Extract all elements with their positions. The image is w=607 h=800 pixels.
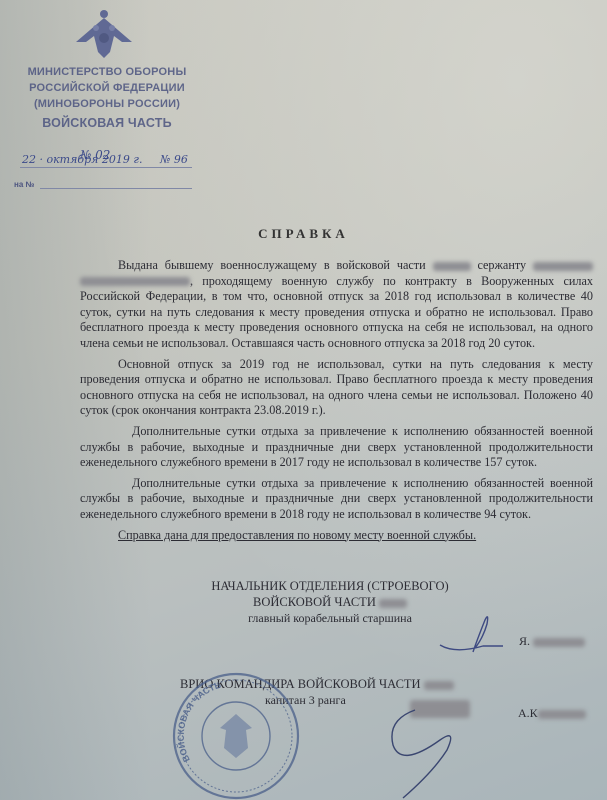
- paragraph-1-rank: сержанту: [477, 258, 526, 272]
- acting-commander-name: А.К: [518, 706, 586, 721]
- ministry-line-1: МИНИСТЕРСТВО ОБОРОНЫ: [22, 64, 192, 80]
- redacted-surname: [533, 638, 585, 647]
- redacted-unit-number: [424, 681, 454, 690]
- registration-number: № 96: [160, 153, 188, 166]
- name-initial: Я.: [519, 634, 530, 648]
- commander-signature-icon: [385, 690, 485, 800]
- svg-text:ВОЙСКОВАЯ ЧАСТЬ: ВОЙСКОВАЯ ЧАСТЬ: [175, 679, 223, 763]
- ministry-header-stamp: МИНИСТЕРСТВО ОБОРОНЫ РОССИЙСКОЙ ФЕДЕРАЦИ…: [22, 64, 192, 131]
- ministry-line-3: (МИНОБОРОНЫ РОССИИ): [22, 96, 192, 112]
- redacted-name: [533, 262, 593, 271]
- paragraph-1-start: Выдана бывшему военнослужащему в войсков…: [118, 258, 426, 272]
- section-chief-position-line-1: НАЧАЛЬНИК ОТДЕЛЕНИЯ (СТРОЕВОГО): [180, 578, 480, 594]
- paragraph-2: Основной отпуск за 2019 год не использов…: [80, 357, 593, 419]
- ministry-line-2: РОССИЙСКОЙ ФЕДЕРАЦИИ: [22, 80, 192, 96]
- paragraph-1: Выдана бывшему военнослужащему в войсков…: [80, 258, 593, 352]
- registration-date: 22 · октября 2019 г.: [22, 153, 142, 166]
- position-text: ВОЙСКОВОЙ ЧАСТИ: [253, 595, 376, 609]
- paragraph-3: Дополнительные сутки отдыха за привлечен…: [80, 424, 593, 471]
- redacted-unit-number: [433, 262, 471, 271]
- reference-line: [40, 188, 192, 189]
- reference-number-label: на №: [14, 180, 34, 189]
- closing-text: Справка дана для предоставления по новом…: [118, 528, 476, 542]
- scanned-document: МИНИСТЕРСТВО ОБОРОНЫ РОССИЙСКОЙ ФЕДЕРАЦИ…: [0, 0, 607, 800]
- document-title: СПРАВКА: [0, 226, 607, 242]
- document-body: Выдана бывшему военнослужащему в войсков…: [80, 258, 593, 543]
- redacted-surname: [538, 710, 586, 719]
- redacted-unit-number: [379, 599, 407, 608]
- date-line: [20, 167, 192, 168]
- round-seal-stamp-icon: ВОЙСКОВАЯ ЧАСТЬ: [170, 670, 302, 800]
- redacted-name-continued: [80, 277, 190, 286]
- closing-statement: Справка дана для предоставления по новом…: [80, 528, 593, 544]
- section-chief-name: Я.: [519, 634, 585, 649]
- name-initial: А.К: [518, 706, 538, 720]
- paragraph-4: Дополнительные сутки отдыха за привлечен…: [80, 476, 593, 523]
- section-chief-position-line-2: ВОЙСКОВОЙ ЧАСТИ: [180, 594, 480, 610]
- handwritten-signature-icon: [435, 610, 505, 660]
- double-headed-eagle-emblem-icon: [72, 8, 136, 60]
- military-unit-label: ВОЙСКОВАЯ ЧАСТЬ: [22, 115, 192, 131]
